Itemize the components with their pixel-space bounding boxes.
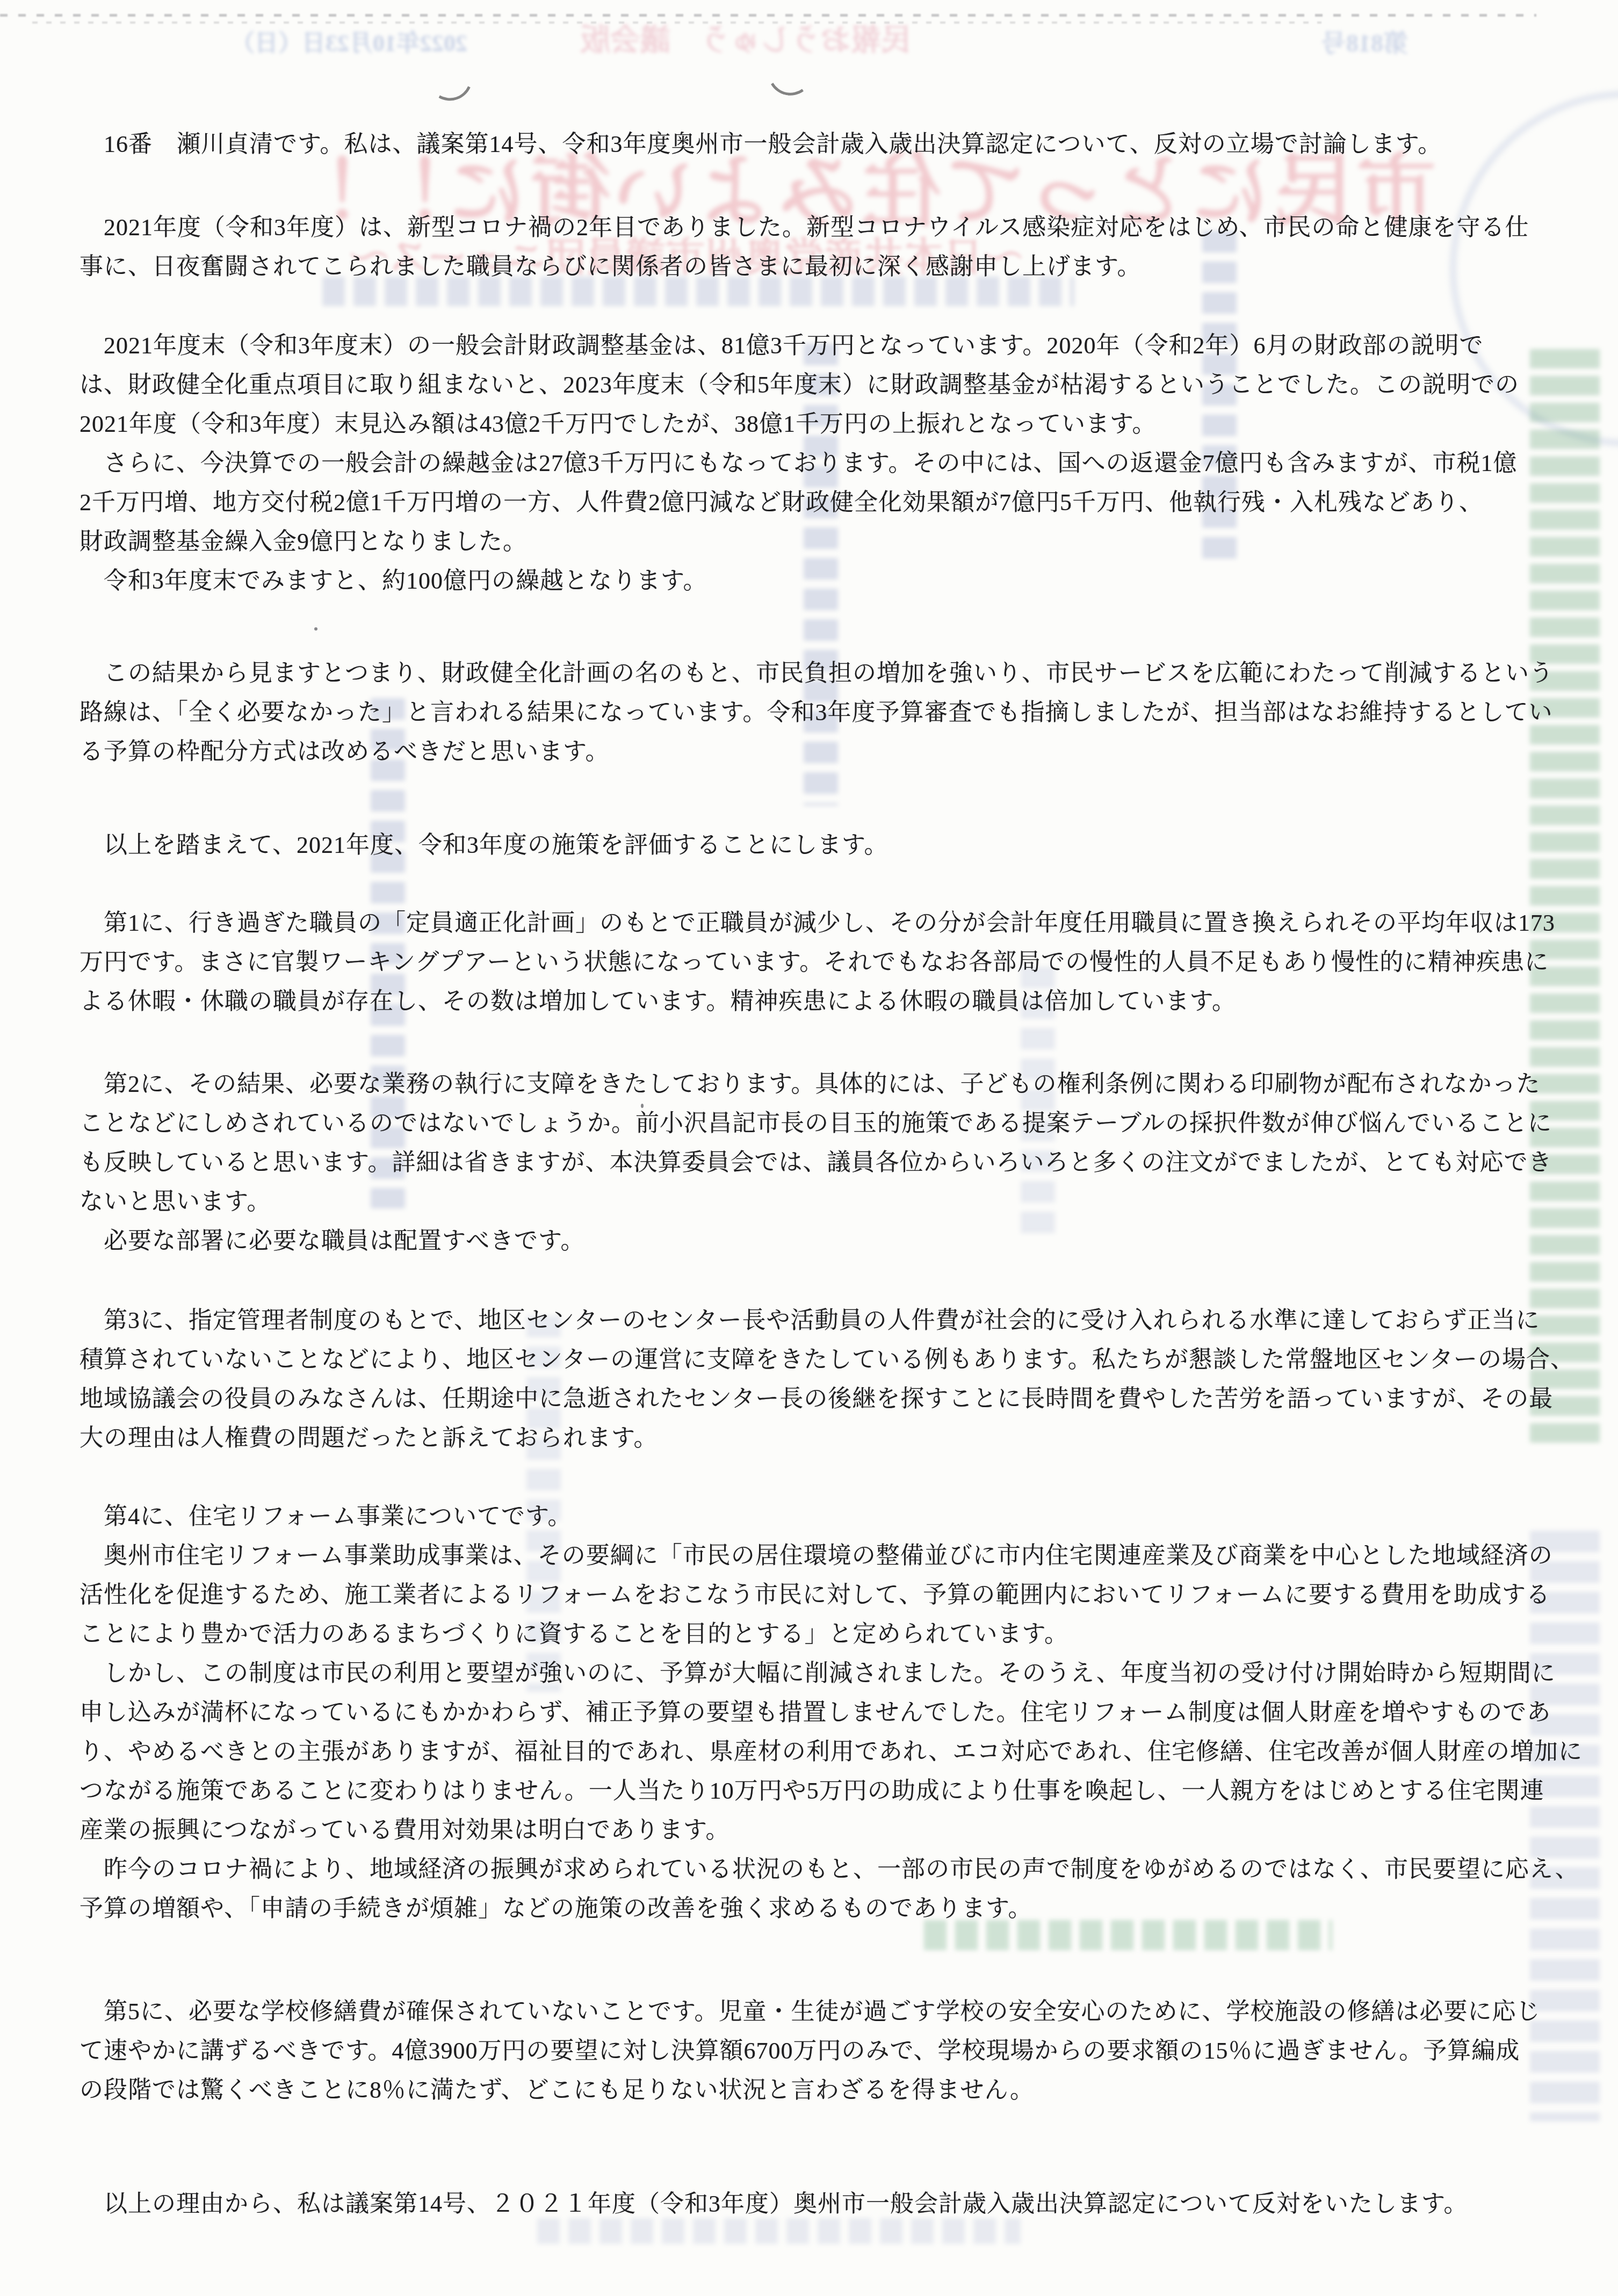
text-line: 奥州市住宅リフォーム事業助成事業は、その要綱に「市民の居住環境の整備並びに市内住… (80, 1536, 1554, 1575)
staple-mark (762, 38, 821, 100)
text-line: 第1に、行き過ぎた職員の「定員適正化計画」のもとで正職員が減少し、その分が会計年… (80, 903, 1554, 943)
text-line: よる休暇・休職の職員が存在し、その数は増加しています。精神疾患による休暇の職員は… (80, 982, 1554, 1021)
paragraph-block-finance: 2021年度末（令和3年度末）の一般会計財政調整基金は、81億3千万円となってい… (80, 326, 1554, 600)
text-line: 第4に、住宅リフォーム事業についてです。 (80, 1497, 1554, 1536)
text-line: り、やめるべきとの主張がありますが、福祉目的であれ、県産材の利用であれ、エコ対応… (80, 1732, 1554, 1771)
paragraph-block-assessment: この結果から見ますとつまり、財政健全化計画の名のもと、市民負担の増加を強いり、市… (80, 654, 1554, 771)
text-line: も反映していると思います。詳細は省きますが、本決算委員会では、議員各位からいろい… (80, 1143, 1554, 1182)
text-line: 地域協議会の役員のみなさんは、任期途中に急逝されたセンター長の後継を探すことに長… (80, 1379, 1554, 1418)
paragraph-block-point5: 第5に、必要な学校修繕費が確保されていないことです。児童・生徒が過ごす学校の安全… (80, 1992, 1554, 2110)
text-line: ことにより豊かで活力のあるまちづくりに資することを目的とする」と定められています… (80, 1614, 1554, 1654)
text-line: 第5に、必要な学校修繕費が確保されていないことです。児童・生徒が過ごす学校の安全… (80, 1992, 1554, 2031)
bleedthrough-masthead-text: 民報おうしゅう 議会版 (580, 16, 911, 59)
paragraph-block-closing: 以上の理由から、私は議案第14号、２０２１年度（令和3年度）奥州市一般会計歳入歳… (80, 2184, 1554, 2223)
paragraph-block-opening: 16番 瀬川貞清です。私は、議案第14号、令和3年度奥州市一般会計歳入歳出決算認… (80, 125, 1554, 164)
scanned-document-page: 2022年10月23日（日） 民報おうしゅう 議会版 第818号 市民にとって住… (0, 0, 1618, 2296)
bleedthrough-date-text: 2022年10月23日（日） (231, 24, 467, 58)
text-line: は、財政健全化重点項目に取り組まないと、2023年度末（令和5年度末）に財政調整… (80, 365, 1554, 404)
staple-mark (417, 41, 480, 107)
text-line: 予算の増額や、「申請の手続きが煩雑」などの施策の改善を強く求めるものであります。 (80, 1889, 1554, 1928)
text-line: 以上を踏まえて、2021年度、令和3年度の施策を評価することにします。 (80, 825, 1554, 865)
text-line: 2021年度末（令和3年度末）の一般会計財政調整基金は、81億3千万円となってい… (80, 326, 1554, 365)
text-line: この結果から見ますとつまり、財政健全化計画の名のもと、市民負担の増加を強いり、市… (80, 654, 1554, 693)
text-line: 積算されていないことなどにより、地区センターの運営に支障をきたしている例もありま… (80, 1340, 1554, 1379)
paragraph-block-point4: 第4に、住宅リフォーム事業についてです。 奥州市住宅リフォーム事業助成事業は、そ… (80, 1497, 1554, 1928)
text-line: ないと思います。 (80, 1182, 1554, 1221)
text-line: 16番 瀬川貞清です。私は、議案第14号、令和3年度奥州市一般会計歳入歳出決算認… (80, 125, 1554, 164)
text-line: 2千万円増、地方交付税2億1千万円増の一方、人件費2億円減など財政健全化効果額が… (80, 483, 1554, 522)
bleedthrough-issue-number: 第818号 (1321, 24, 1408, 59)
text-line: しかし、この制度は市民の利用と要望が強いのに、予算が大幅に削減されました。そのう… (80, 1654, 1554, 1693)
text-line: 申し込みが満杯になっているにもかかわらず、補正予算の要望も措置しませんでした。住… (80, 1693, 1554, 1732)
scanner-streak (0, 14, 1536, 17)
speech-text-body: 16番 瀬川貞清です。私は、議案第14号、令和3年度奥州市一般会計歳入歳出決算認… (80, 125, 1554, 2223)
text-line: 2021年度（令和3年度）末見込み額は43億2千万円でしたが、38億1千万円の上… (80, 404, 1554, 444)
text-line: 必要な部署に必要な職員は配置すべきです。 (80, 1221, 1554, 1261)
text-line: 大の理由は人権費の問題だったと訴えておられます。 (80, 1418, 1554, 1458)
text-line: ことなどにしめされているのではないでしょうか。前小沢昌記市長の目玉的施策である提… (80, 1104, 1554, 1143)
text-line: 令和3年度末でみますと、約100億円の繰越となります。 (80, 561, 1554, 600)
paragraph-block-evaluation_intro: 以上を踏まえて、2021年度、令和3年度の施策を評価することにします。 (80, 825, 1554, 865)
text-line: の段階では驚くべきことに8％に満たず、どこにも足りない状況と言わざるを得ません。 (80, 2070, 1554, 2110)
text-line: 万円です。まさに官製ワーキングプアーという状態になっています。それでもなお各部局… (80, 943, 1554, 982)
text-line: つながる施策であることに変わりはりません。一人当たり10万円や5万円の助成により… (80, 1771, 1554, 1810)
text-line: さらに、今決算での一般会計の繰越金は27億3千万円にもなっております。その中には… (80, 444, 1554, 483)
text-line: 事に、日夜奮闘されてこられました職員ならびに関係者の皆さまに最初に深く感謝申し上… (80, 247, 1554, 286)
text-line: 産業の振興につながっている費用対効果は明白であります。 (80, 1810, 1554, 1850)
text-line: 2021年度（令和3年度）は、新型コロナ禍の2年目でありました。新型コロナウイル… (80, 208, 1554, 247)
paragraph-block-point3: 第3に、指定管理者制度のもとで、地区センターのセンター長や活動員の人件費が社会的… (80, 1301, 1554, 1458)
text-line: る予算の枠配分方式は改めるべきだと思います。 (80, 732, 1554, 771)
paragraph-block-greeting: 2021年度（令和3年度）は、新型コロナ禍の2年目でありました。新型コロナウイル… (80, 208, 1554, 286)
text-line: 昨今のコロナ禍により、地域経済の振興が求められている状況のもと、一部の市民の声で… (80, 1850, 1554, 1889)
paragraph-block-point2: 第2に、その結果、必要な業務の執行に支障をきたしております。具体的には、子どもの… (80, 1064, 1554, 1261)
text-line: 活性化を促進するため、施工業者によるリフォームをおこなう市民に対して、予算の範囲… (80, 1575, 1554, 1614)
text-line: 第3に、指定管理者制度のもとで、地区センターのセンター長や活動員の人件費が社会的… (80, 1301, 1554, 1340)
text-line: 財政調整基金繰入金9億円となりました。 (80, 522, 1554, 561)
paragraph-block-point1: 第1に、行き過ぎた職員の「定員適正化計画」のもとで正職員が減少し、その分が会計年… (80, 903, 1554, 1021)
text-line: 第2に、その結果、必要な業務の執行に支障をきたしております。具体的には、子どもの… (80, 1064, 1554, 1104)
scanner-streak (32, 21, 1321, 24)
text-line: 以上の理由から、私は議案第14号、２０２１年度（令和3年度）奥州市一般会計歳入歳… (80, 2184, 1554, 2223)
text-line: 路線は、「全く必要なかった」と言われる結果になっています。令和3年度予算審査でも… (80, 693, 1554, 732)
text-line: て速やかに講ずるべきです。4億3900万円の要望に対し決算額6700万円のみで、… (80, 2031, 1554, 2070)
